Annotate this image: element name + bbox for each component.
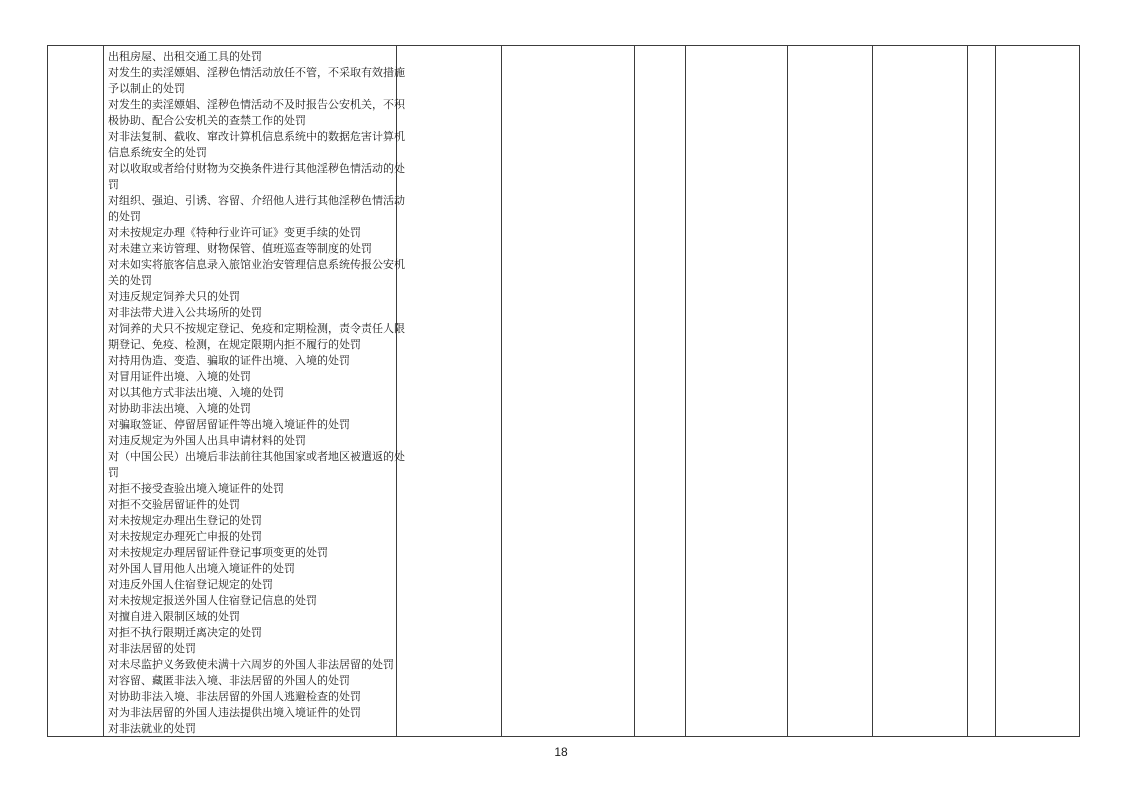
- penalty-item: 对冒用证件出境、入境的处罚: [108, 369, 396, 385]
- penalty-item: 对未按规定办理出生登记的处罚: [108, 513, 396, 529]
- page-number: 18: [0, 744, 1122, 760]
- penalty-item: 对非法带犬进入公共场所的处罚: [108, 305, 396, 321]
- penalty-item: 对未按规定报送外国人住宿登记信息的处罚: [108, 593, 396, 609]
- penalty-item: 对未尽监护义务致使未满十六周岁的外国人非法居留的处罚: [108, 657, 396, 673]
- penalty-item: 对持用伪造、变造、骗取的证件出境、入境的处罚: [108, 353, 396, 369]
- penalty-item: 对违反规定为外国人出具申请材料的处罚: [108, 433, 396, 449]
- penalty-item: 对擅自进入限制区域的处罚: [108, 609, 396, 625]
- penalty-item: 对发生的卖淫嫖娼、淫秽色情活动不及时报告公安机关，不积 极协助、配合公安机关的查…: [108, 97, 396, 129]
- penalty-item: 对拒不交验居留证件的处罚: [108, 497, 396, 513]
- penalty-item: 对非法就业的处罚: [108, 721, 396, 737]
- empty-column-5: [635, 46, 686, 736]
- penalty-item: 对未按规定办理《特种行业许可证》变更手续的处罚: [108, 225, 396, 241]
- penalty-item: 对（中国公民）出境后非法前往其他国家或者地区被遣返的处 罚: [108, 449, 396, 481]
- penalty-item: 对违反外国人住宿登记规定的处罚: [108, 577, 396, 593]
- penalty-item: 对容留、藏匿非法入境、非法居留的外国人的处罚: [108, 673, 396, 689]
- penalty-item: 对未如实将旅客信息录入旅馆业治安管理信息系统传报公安机 关的处罚: [108, 257, 396, 289]
- document-page: 出租房屋、出租交通工具的处罚对发生的卖淫嫖娼、淫秽色情活动放任不管，不采取有效措…: [0, 0, 1122, 793]
- penalty-item: 对发生的卖淫嫖娼、淫秽色情活动放任不管，不采取有效措施 予以制止的处罚: [108, 65, 396, 97]
- empty-column-4: [502, 46, 635, 736]
- empty-column-9: [968, 46, 996, 736]
- penalty-item: 对以收取或者给付财物为交换条件进行其他淫秽色情活动的处 罚: [108, 161, 396, 193]
- penalty-item: 对为非法居留的外国人违法提供出境入境证件的处罚: [108, 705, 396, 721]
- empty-column-7: [788, 46, 873, 736]
- penalty-item: 对协助非法入境、非法居留的外国人逃避检查的处罚: [108, 689, 396, 705]
- empty-column-8: [873, 46, 968, 736]
- penalties-table: 出租房屋、出租交通工具的处罚对发生的卖淫嫖娼、淫秽色情活动放任不管，不采取有效措…: [47, 45, 1080, 737]
- penalty-item: 对未按规定办理居留证件登记事项变更的处罚: [108, 545, 396, 561]
- penalty-item: 对组织、强迫、引诱、容留、介绍他人进行其他淫秽色情活动 的处罚: [108, 193, 396, 225]
- empty-column-3: [397, 46, 502, 736]
- penalty-item: 对饲养的犬只不按规定登记、免疫和定期检测，责令责任人限 期登记、免疫、检测，在规…: [108, 321, 396, 353]
- penalty-item: 对非法居留的处罚: [108, 641, 396, 657]
- penalty-item: 对未建立来访管理、财物保管、值班巡查等制度的处罚: [108, 241, 396, 257]
- penalty-item: 对拒不接受查验出境入境证件的处罚: [108, 481, 396, 497]
- penalty-item: 对协助非法出境、入境的处罚: [108, 401, 396, 417]
- penalty-item: 出租房屋、出租交通工具的处罚: [108, 49, 396, 65]
- penalty-item: 对违反规定饲养犬只的处罚: [108, 289, 396, 305]
- penalty-item: 对外国人冒用他人出境入境证件的处罚: [108, 561, 396, 577]
- penalty-item: 对骗取签证、停留居留证件等出境入境证件的处罚: [108, 417, 396, 433]
- penalty-item: 对非法复制、截收、窜改计算机信息系统中的数据危害计算机 信息系统安全的处罚: [108, 129, 396, 161]
- empty-column-10: [996, 46, 1080, 736]
- penalty-items-column: 出租房屋、出租交通工具的处罚对发生的卖淫嫖娼、淫秽色情活动放任不管，不采取有效措…: [104, 46, 397, 736]
- empty-column-6: [686, 46, 788, 736]
- penalty-item: 对未按规定办理死亡申报的处罚: [108, 529, 396, 545]
- penalty-item: 对拒不执行限期迁离决定的处罚: [108, 625, 396, 641]
- penalty-item: 对以其他方式非法出境、入境的处罚: [108, 385, 396, 401]
- category-column: [48, 46, 104, 736]
- penalty-items-list: 出租房屋、出租交通工具的处罚对发生的卖淫嫖娼、淫秽色情活动放任不管，不采取有效措…: [104, 46, 396, 737]
